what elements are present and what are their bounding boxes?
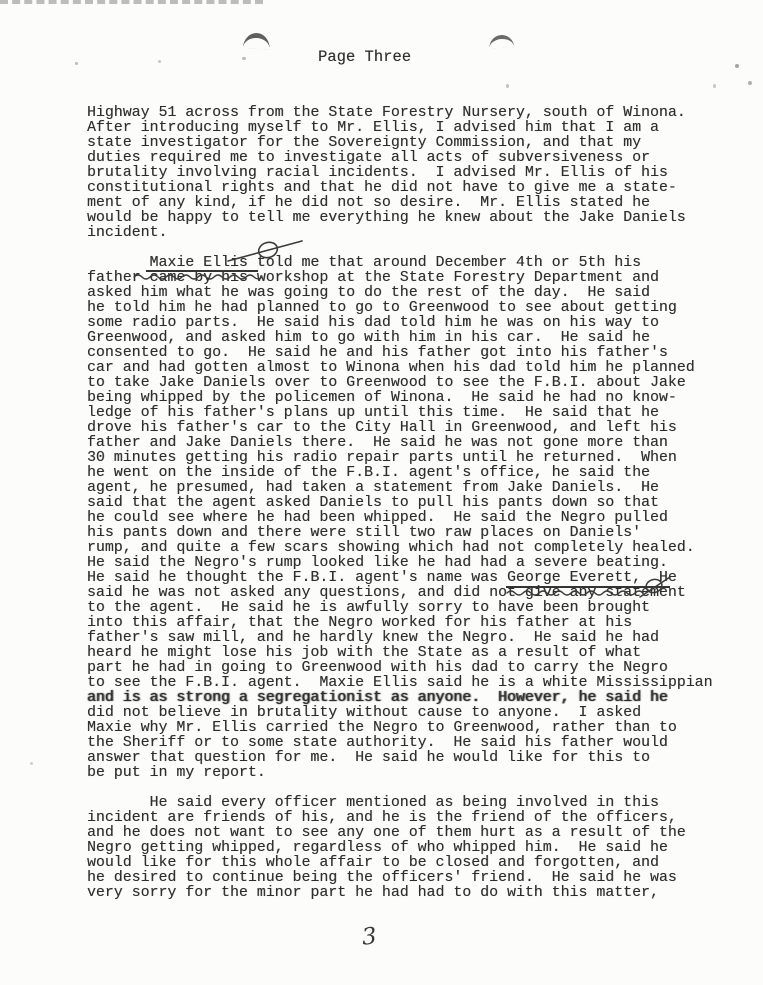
text-line: he desired to continue being the officer… [87,871,713,886]
text-line: consented to go. He said he and his fath… [87,346,713,361]
text-line: agent, he presumed, had taken a statemen… [87,481,713,496]
text-line: being whipped by the policemen of Winona… [87,391,713,406]
scan-speck [30,762,33,765]
text-line: father and Jake Daniels there. He said h… [87,436,713,451]
text-line: did not believe in brutality without cau… [87,706,713,721]
wavy-underline-everett [505,588,651,598]
text-line: and is as strong a segregationist as any… [87,691,713,706]
scan-speck [748,81,752,85]
wavy-underline-maxie [132,272,270,282]
text-line: Maxie Ellis told me that around December… [87,256,713,271]
text-line: brutality involving racial incidents. I … [87,166,713,181]
text-line: would like for this whole affair to be c… [87,856,713,871]
text-line: duties required me to investigate all ac… [87,151,713,166]
text-line: incident. [87,226,713,241]
text-line: to the agent. He said he is awfully sorr… [87,601,713,616]
text-line: car and had gotten almost to Winona when… [87,361,713,376]
text-line: ment of any kind, if he did not so desir… [87,196,713,211]
text-line: he went on the inside of the F.B.I. agen… [87,466,713,481]
text-line: father's saw mill, and he hardly knew th… [87,631,713,646]
text-line: After introducing myself to Mr. Ellis, I… [87,121,713,136]
text-line: Maxie why Mr. Ellis carried the Negro to… [87,721,713,736]
scanned-document-page: Page Three Highway 51 across from the St… [0,0,763,985]
text-line: He said every officer mentioned as being… [87,796,713,811]
text-line: He said the Negro's rump looked like he … [87,556,713,571]
text-line: drove his father's car to the City Hall … [87,421,713,436]
text-line: 30 minutes getting his radio repair part… [87,451,713,466]
text-line: Negro getting whipped, regardless of who… [87,841,713,856]
text-line: answer that question for me. He said he … [87,751,713,766]
text-line: Highway 51 across from the State Forestr… [87,106,713,121]
text-line: be put in my report. [87,766,713,781]
smudge-mark-left [243,33,271,50]
text-line: he could see where he had been whipped. … [87,511,713,526]
page-title: Page Three [318,50,411,65]
text-line: very sorry for the minor part he had had… [87,886,713,901]
text-line: He said he thought the F.B.I. agent's na… [87,571,713,586]
text-line: heard he might lose his job with the Sta… [87,646,713,661]
text-line: Greenwood, and asked him to go with him … [87,331,713,346]
top-edge-perforation-marks [0,0,263,4]
handwritten-slashed-loop-mark [222,234,308,270]
text-line: and he does not want to see any one of t… [87,826,713,841]
scan-speck [713,84,716,88]
smudge-mark-right [489,34,515,48]
text-line: to take Jake Daniels over to Greenwood t… [87,376,713,391]
text-line: asked him what he was going to do the re… [87,286,713,301]
scan-speck [506,84,509,88]
blank-line [87,241,713,256]
page-number: 3 [361,923,378,950]
handwritten-slashed-loop-mark [636,572,674,602]
text-line: part he had in going to Greenwood with h… [87,661,713,676]
scan-speck [242,57,246,60]
scan-speck [158,60,161,63]
text-line: would be happy to tell me everything he … [87,211,713,226]
text-line: the Sheriff or to some state authority. … [87,736,713,751]
text-line: some radio parts. He said his dad told h… [87,316,713,331]
text-line: constitutional rights and that he did no… [87,181,713,196]
text-line: rump, and quite a few scars showing whic… [87,541,713,556]
text-line: said that the agent asked Daniels to pul… [87,496,713,511]
text-line: into this affair, that the Negro worked … [87,616,713,631]
scan-speck [75,62,78,65]
text-line: incident are friends of his, and he is t… [87,811,713,826]
text-line: to see the F.B.I. agent. Maxie Ellis sai… [87,676,713,691]
scan-speck [735,64,739,68]
text-line: state investigator for the Sovereignty C… [87,136,713,151]
text-line: ledge of his father's plans up until thi… [87,406,713,421]
text-line: his pants down and there were still two … [87,526,713,541]
blank-line [87,781,713,796]
text-line: he told him he had planned to go to Gree… [87,301,713,316]
document-body: Highway 51 across from the State Forestr… [87,106,713,901]
